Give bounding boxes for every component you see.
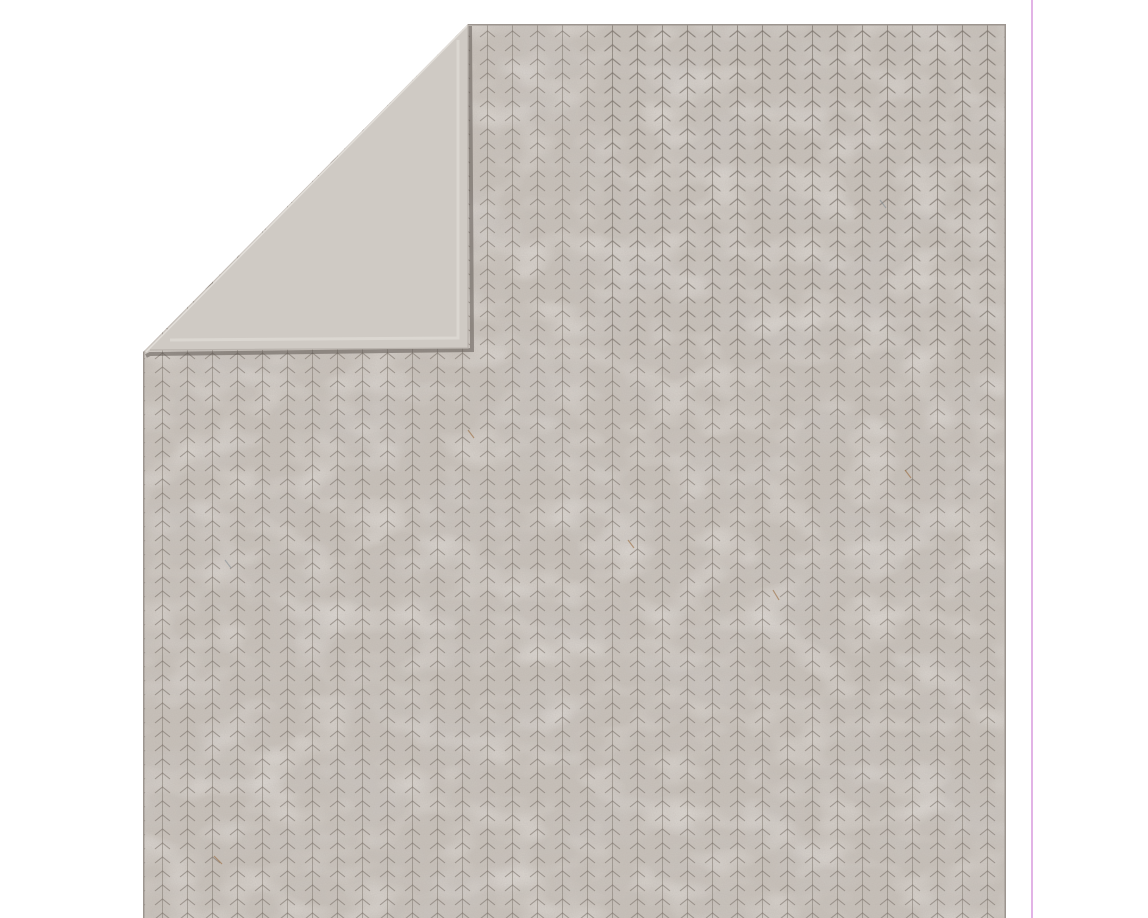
rug-illustration bbox=[0, 0, 1148, 918]
rug-front bbox=[143, 24, 1006, 918]
product-photo: Grey and ivory distressed area rug with … bbox=[0, 0, 1148, 918]
rug-fold-backing bbox=[140, 20, 480, 360]
edge-line bbox=[1031, 0, 1033, 918]
